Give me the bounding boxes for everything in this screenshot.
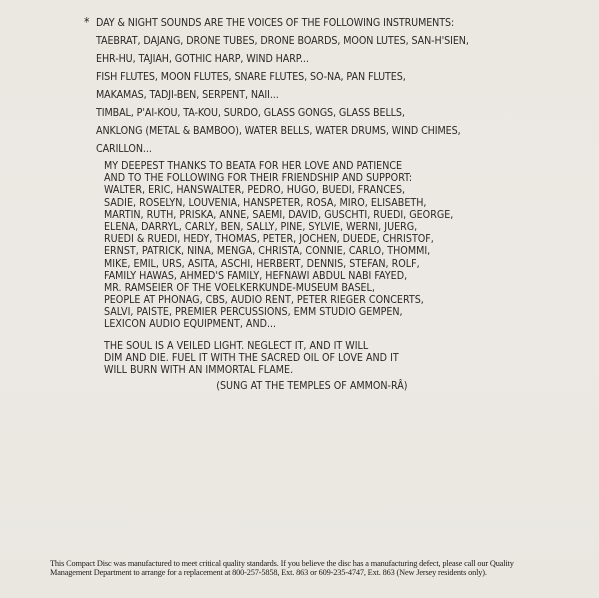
thanks-line: AND TO THE FOLLOWING FOR THEIR FRIENDSHI… <box>104 172 453 184</box>
thanks-line: PEOPLE AT PHONAG, CBS, AUDIO RENT, PETER… <box>104 294 453 306</box>
instruments-line: ANKLONG (METAL & BAMBOO), WATER BELLS, W… <box>96 122 469 140</box>
quote-line: THE SOUL IS A VEILED LIGHT. NEGLECT IT, … <box>104 340 408 352</box>
asterisk-marker: * <box>84 15 89 29</box>
thanks-line: RUEDI & RUEDI, HEDY, THOMAS, PETER, JOCH… <box>104 233 453 245</box>
instruments-line: TIMBAL, P'AI-KOU, TA-KOU, SURDO, GLASS G… <box>96 104 469 122</box>
instruments-line: FISH FLUTES, MOON FLUTES, SNARE FLUTES, … <box>96 68 469 86</box>
acknowledgements-section: MY DEEPEST THANKS TO BEATA FOR HER LOVE … <box>104 160 453 331</box>
manufacturing-notice: This Compact Disc was manufactured to me… <box>50 559 514 578</box>
quote-line: WILL BURN WITH AN IMMORTAL FLAME. <box>104 364 408 376</box>
quote-section: THE SOUL IS A VEILED LIGHT. NEGLECT IT, … <box>104 340 408 392</box>
instruments-line: TAEBRAT, DAJANG, DRONE TUBES, DRONE BOAR… <box>96 32 469 50</box>
quote-line: DIM AND DIE. FUEL IT WITH THE SACRED OIL… <box>104 352 408 364</box>
instruments-line: EHR-HU, TAJIAH, GOTHIC HARP, WIND HARP..… <box>96 50 469 68</box>
notice-line: This Compact Disc was manufactured to me… <box>50 559 514 568</box>
thanks-line: MR. RAMSEIER OF THE VOELKERKUNDE-MUSEUM … <box>104 282 453 294</box>
thanks-line: MY DEEPEST THANKS TO BEATA FOR HER LOVE … <box>104 160 453 172</box>
quote-attribution: (SUNG AT THE TEMPLES OF AMMON-RÂ) <box>104 380 408 392</box>
instruments-line: CARILLON... <box>96 140 469 158</box>
thanks-line: LEXICON AUDIO EQUIPMENT, AND... <box>104 318 453 330</box>
thanks-line: SALVI, PAISTE, PREMIER PERCUSSIONS, EMM … <box>104 306 453 318</box>
thanks-line: ERNST, PATRICK, NINA, MENGA, CHRISTA, CO… <box>104 245 453 257</box>
thanks-line: SADIE, ROSELYN, LOUVENIA, HANSPETER, ROS… <box>104 197 453 209</box>
thanks-line: MIKE, EMIL, URS, ASITA, ASCHI, HERBERT, … <box>104 258 453 270</box>
thanks-line: FAMILY HAWAS, AHMED'S FAMILY, HEFNAWI AB… <box>104 270 453 282</box>
instruments-line: MAKAMAS, TADJI-BEN, SERPENT, NAII... <box>96 86 469 104</box>
instruments-section: * DAY & NIGHT SOUNDS ARE THE VOICES OF T… <box>96 14 469 158</box>
liner-notes-page: * DAY & NIGHT SOUNDS ARE THE VOICES OF T… <box>0 0 599 598</box>
thanks-line: ELENA, DARRYL, CARLY, BEN, SALLY, PINE, … <box>104 221 453 233</box>
notice-line: Management Department to arrange for a r… <box>50 568 514 577</box>
thanks-line: WALTER, ERIC, HANSWALTER, PEDRO, HUGO, B… <box>104 184 453 196</box>
instruments-line: DAY & NIGHT SOUNDS ARE THE VOICES OF THE… <box>96 14 469 32</box>
thanks-line: MARTIN, RUTH, PRISKA, ANNE, SAEMI, DAVID… <box>104 209 453 221</box>
